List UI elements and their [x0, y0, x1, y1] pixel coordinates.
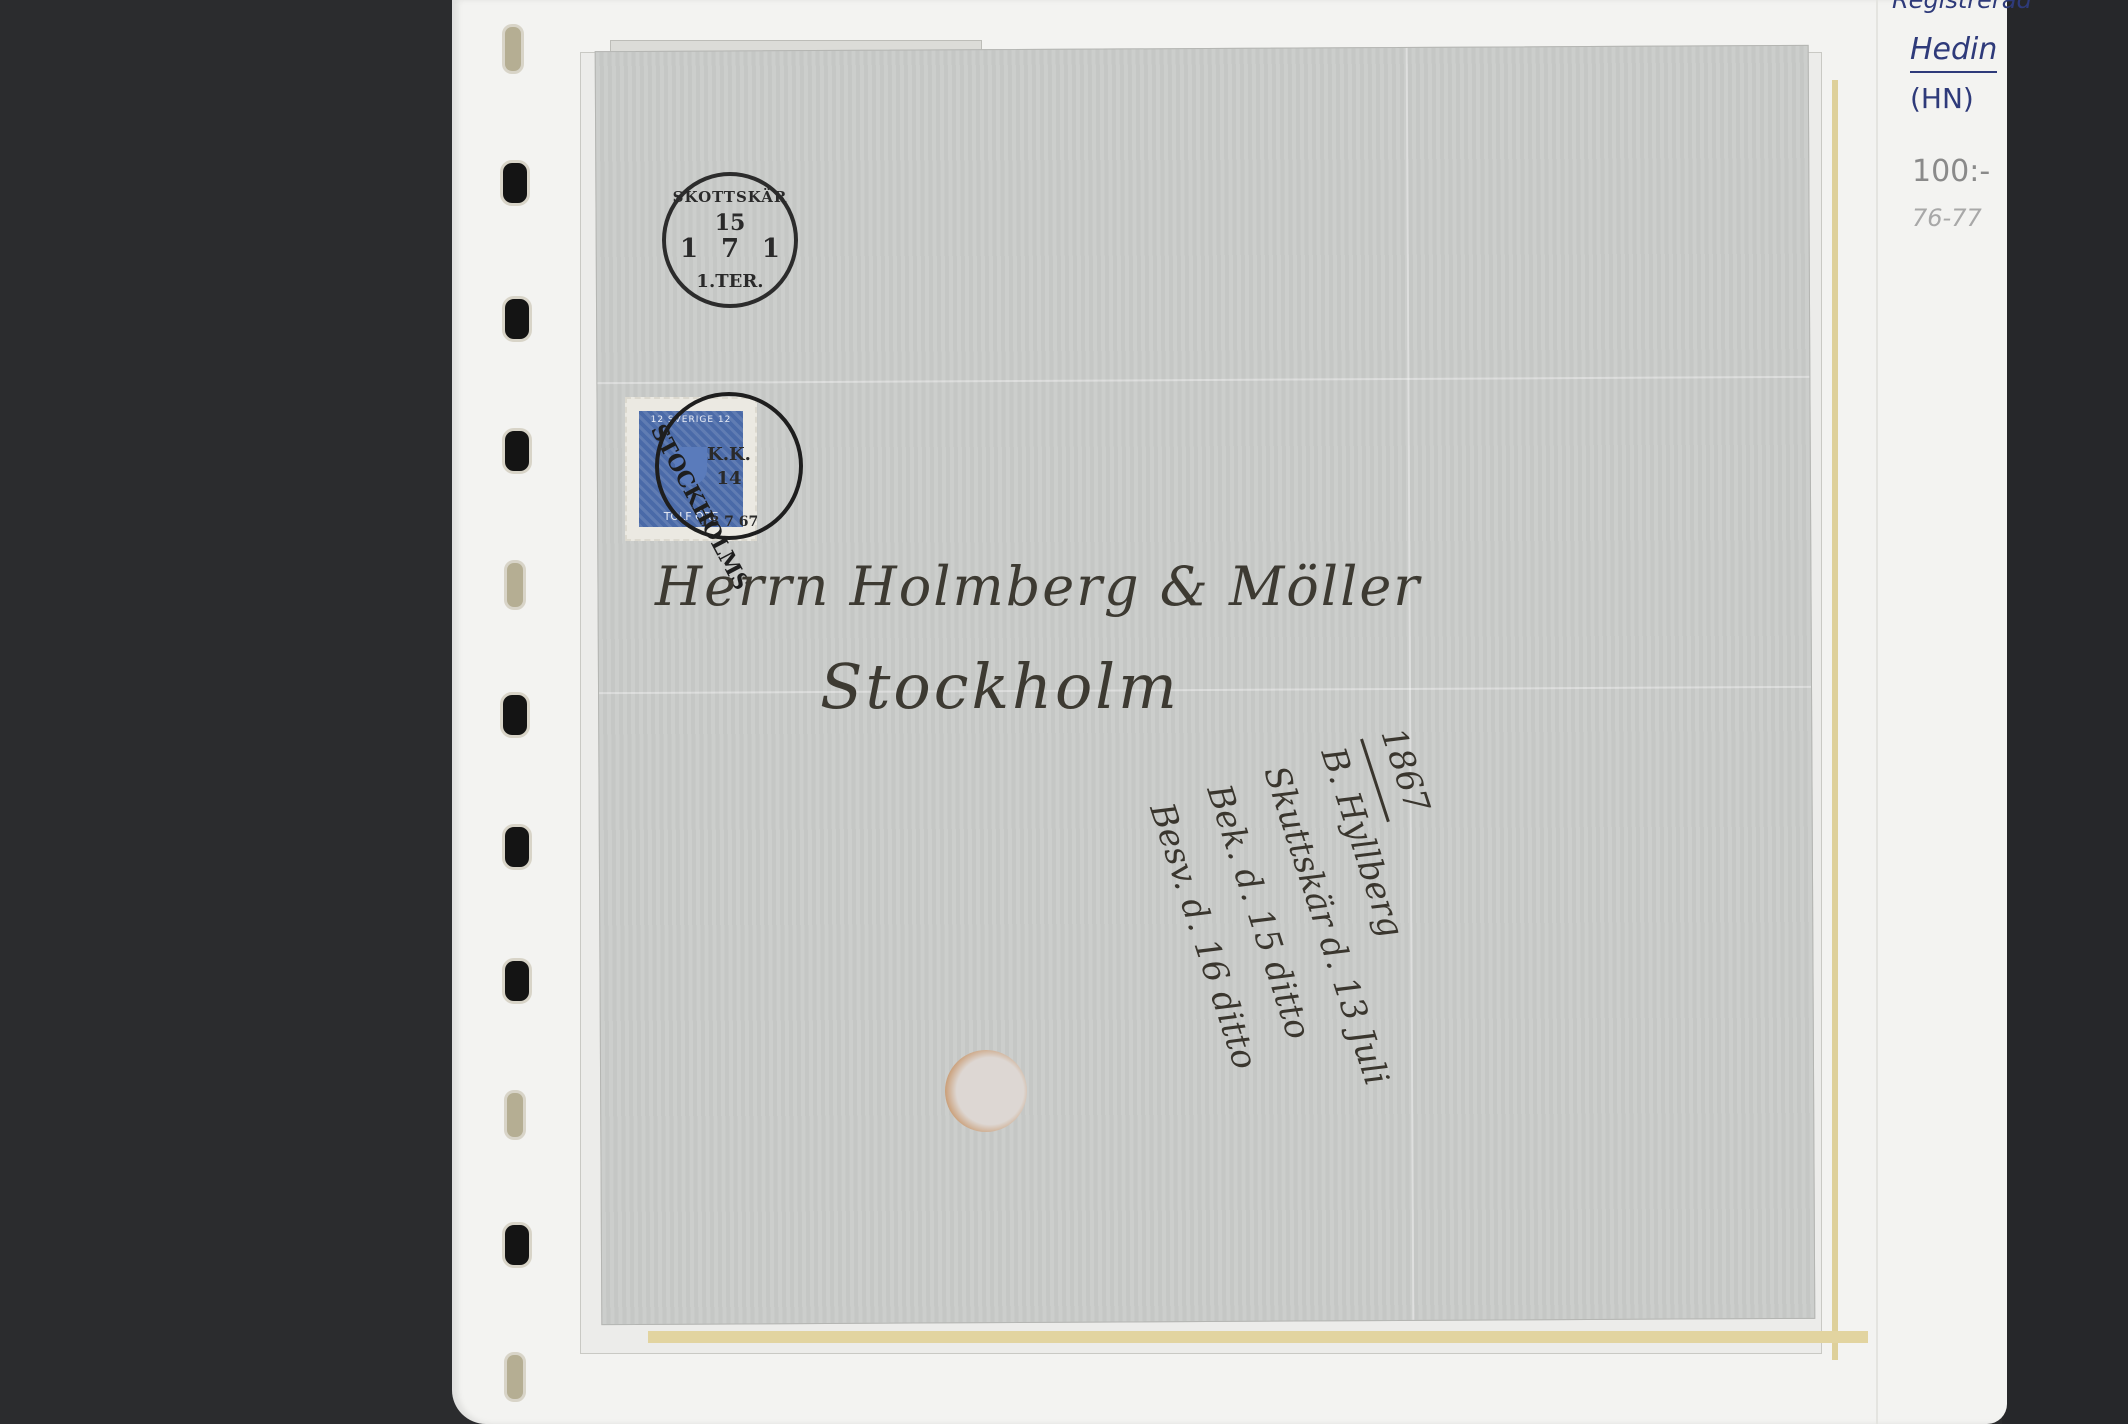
- fold-line: [599, 686, 1811, 694]
- note-code: (HN): [1910, 82, 1974, 115]
- postmark-right-digit: 1: [762, 234, 780, 264]
- wax-seal-remnant: [945, 1050, 1027, 1132]
- punch-hole: [502, 296, 532, 342]
- postmark-day: 15: [666, 210, 794, 236]
- fold-line: [1406, 48, 1415, 1320]
- punch-hole: [502, 428, 532, 474]
- punch-hole: [500, 160, 530, 206]
- punch-hole: [504, 1352, 526, 1402]
- punch-hole: [502, 1222, 532, 1268]
- mount-strip-vertical: [1832, 80, 1838, 1360]
- postmark-bottom: 1.TER.: [666, 271, 794, 292]
- punch-hole: [502, 824, 532, 870]
- note-catalog: 76-77: [1912, 204, 1982, 232]
- postmark-town: SKOTTSKÄR: [666, 188, 794, 206]
- page-margin-line: [1876, 0, 1878, 1424]
- address-recipient: Herrn Holmberg & Möller: [655, 555, 1421, 618]
- punch-hole: [500, 692, 530, 738]
- address-city: Stockholm: [820, 650, 1180, 723]
- postmark-left-digit: 1: [680, 234, 698, 264]
- punch-hole: [504, 1090, 526, 1140]
- note-name: Hedin: [1910, 32, 1997, 73]
- mount-strip-horizontal: [648, 1331, 1868, 1343]
- postmark-date: 18 7 67: [659, 514, 799, 530]
- postmark-month: 7: [721, 234, 739, 264]
- fold-line: [597, 376, 1809, 384]
- note-registered: Registrerad: [1892, 0, 2032, 14]
- postmark-skottskar: SKOTTSKÄR 15 1 7 1 1.TER.: [662, 172, 798, 308]
- punch-hole: [502, 958, 532, 1004]
- dark-background: [2002, 0, 2128, 1424]
- punch-hole: [502, 24, 524, 74]
- punch-hole: [504, 560, 526, 610]
- note-price: 100:-: [1912, 154, 1990, 189]
